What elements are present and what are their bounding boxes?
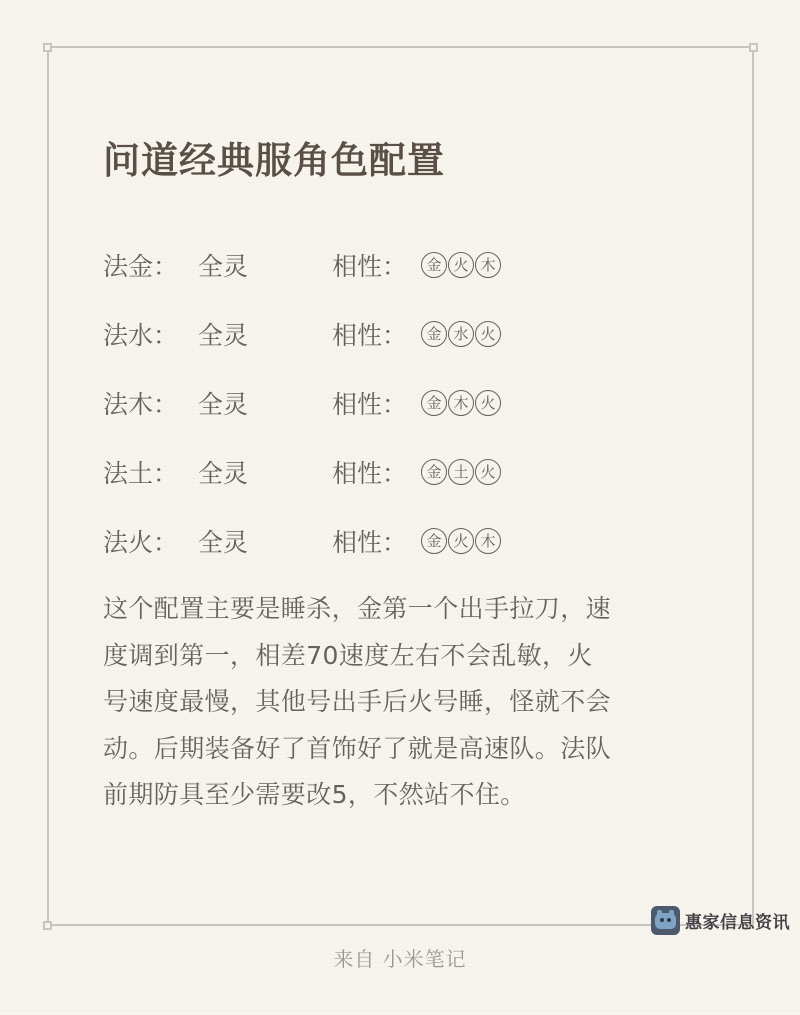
- role-value: 全灵: [198, 525, 248, 561]
- circled-element-icon: 土: [448, 459, 474, 485]
- paragraph-line: 这个配置主要是睡杀，金第一个出手拉刀，速: [103, 586, 703, 633]
- circled-element-icon: 火: [475, 321, 501, 347]
- robot-mascot-icon: [651, 906, 680, 935]
- role-value: 全灵: [198, 318, 248, 354]
- circled-element-icon: 水: [448, 321, 474, 347]
- role-name: 法木：: [103, 387, 178, 423]
- circled-element-icon: 火: [475, 459, 501, 485]
- attribute-label: 相性：: [332, 456, 407, 492]
- attribute-list: 金 土 火: [421, 459, 501, 485]
- frame-corner-top-right: [744, 43, 758, 57]
- role-value: 全灵: [198, 387, 248, 423]
- role-name: 法水：: [103, 318, 178, 354]
- circled-element-icon: 金: [421, 459, 447, 485]
- attribute-list: 金 水 火: [421, 321, 501, 347]
- config-row: 法火： 全灵 相性： 金 火 木: [103, 525, 703, 594]
- circled-element-icon: 火: [448, 252, 474, 278]
- attribute-list: 金 木 火: [421, 390, 501, 416]
- attribute-label: 相性：: [332, 387, 407, 423]
- circled-element-icon: 木: [475, 252, 501, 278]
- paragraph-line: 前期防具至少需要改5，不然站不住。: [103, 772, 703, 819]
- circled-element-icon: 金: [421, 321, 447, 347]
- config-row: 法土： 全灵 相性： 金 土 火: [103, 456, 703, 525]
- circled-element-icon: 金: [421, 252, 447, 278]
- source-caption: 来自 小米笔记: [0, 943, 800, 972]
- config-row: 法金： 全灵 相性： 金 火 木: [103, 249, 703, 318]
- circled-element-icon: 火: [475, 390, 501, 416]
- watermark-text: 惠家信息资讯: [685, 908, 790, 933]
- attribute-label: 相性：: [332, 249, 407, 285]
- circled-element-icon: 火: [448, 528, 474, 554]
- frame-corner-bottom-left: [43, 916, 57, 930]
- attribute-list: 金 火 木: [421, 528, 501, 554]
- frame-corner-top-left: [43, 43, 57, 57]
- watermark: 惠家信息资讯: [651, 906, 790, 935]
- paragraph-line: 度调到第一，相差70速度左右不会乱敏，火: [103, 633, 703, 680]
- role-name: 法火：: [103, 525, 178, 561]
- description-paragraph: 这个配置主要是睡杀，金第一个出手拉刀，速 度调到第一，相差70速度左右不会乱敏，…: [103, 586, 703, 819]
- role-config-list: 法金： 全灵 相性： 金 火 木 法水： 全灵 相性： 金 水 火 法木： 全灵…: [103, 249, 703, 594]
- role-value: 全灵: [198, 456, 248, 492]
- role-name: 法金：: [103, 249, 178, 285]
- circled-element-icon: 金: [421, 528, 447, 554]
- circled-element-icon: 金: [421, 390, 447, 416]
- circled-element-icon: 木: [475, 528, 501, 554]
- config-row: 法木： 全灵 相性： 金 木 火: [103, 387, 703, 456]
- config-row: 法水： 全灵 相性： 金 水 火: [103, 318, 703, 387]
- attribute-label: 相性：: [332, 318, 407, 354]
- attribute-list: 金 火 木: [421, 252, 501, 278]
- paragraph-line: 动。后期装备好了首饰好了就是高速队。法队: [103, 726, 703, 773]
- paragraph-line: 号速度最慢，其他号出手后火号睡，怪就不会: [103, 679, 703, 726]
- role-value: 全灵: [198, 249, 248, 285]
- role-name: 法土：: [103, 456, 178, 492]
- attribute-label: 相性：: [332, 525, 407, 561]
- page-title: 问道经典服角色配置: [103, 130, 445, 184]
- circled-element-icon: 木: [448, 390, 474, 416]
